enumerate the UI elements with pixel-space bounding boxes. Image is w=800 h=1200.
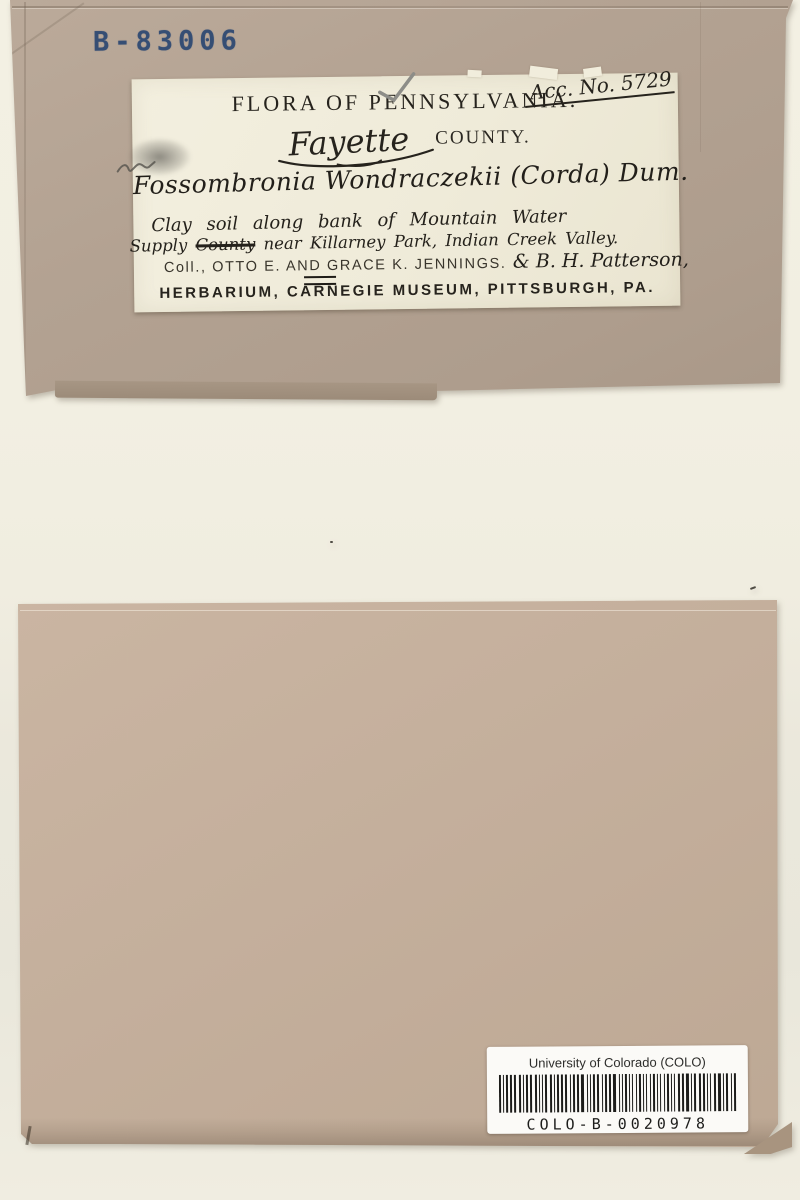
fold-crease-top bbox=[12, 6, 788, 8]
specimen-label: FLORA OF PENNSYLVANIA. Acc. No. 5729 Fay… bbox=[132, 73, 681, 313]
collector-printed: Coll., OTTO E. AND GRACE K. JENNINGS. bbox=[164, 256, 507, 276]
specimen-photo: B-83006 FLORA OF PENNSYLVANIA. Acc. No. … bbox=[0, 0, 800, 1200]
county-row: Fayette COUNTY. bbox=[132, 119, 678, 164]
accession-stamp: B-83006 bbox=[93, 25, 242, 58]
barcode-number: COLO-B-0020978 bbox=[526, 1114, 709, 1133]
pencil-checkmark-icon bbox=[374, 70, 418, 105]
barcode-label: University of Colorado (COLO) COLO-B-002… bbox=[487, 1045, 749, 1134]
struck-word: County bbox=[195, 234, 255, 254]
specimen-photo-front: B-83006 FLORA OF PENNSYLVANIA. Acc. No. … bbox=[0, 0, 800, 420]
species-name: Fossombronia Wondraczekii (Corda) Dum. bbox=[133, 157, 680, 200]
fold-crease-back-top bbox=[20, 610, 776, 611]
dust-speck bbox=[330, 541, 333, 543]
habitat-line-2-pre: Supply bbox=[129, 236, 187, 256]
dust-speck bbox=[750, 586, 756, 590]
packet-bottom-flap bbox=[55, 381, 437, 401]
barcode bbox=[498, 1073, 736, 1113]
collector-addendum: & B. H. Patterson, bbox=[513, 249, 689, 273]
specimen-photo-back: University of Colorado (COLO) COLO-B-002… bbox=[0, 600, 800, 1200]
fold-crease-diagonal bbox=[10, 2, 85, 55]
fold-crease-left bbox=[24, 2, 26, 392]
county-name: Fayette bbox=[279, 119, 417, 163]
barcode-institution: University of Colorado (COLO) bbox=[529, 1054, 706, 1070]
institution-line: HERBARIUM, CARNEGIE MUSEUM, PITTSBURGH, … bbox=[134, 279, 680, 303]
fold-crease-right bbox=[700, 2, 701, 152]
herbarium-packet-front: B-83006 FLORA OF PENNSYLVANIA. Acc. No. … bbox=[0, 0, 800, 400]
county-label: COUNTY. bbox=[435, 126, 531, 148]
pencil-scribble bbox=[115, 155, 173, 178]
label-torn-edge bbox=[467, 70, 481, 78]
